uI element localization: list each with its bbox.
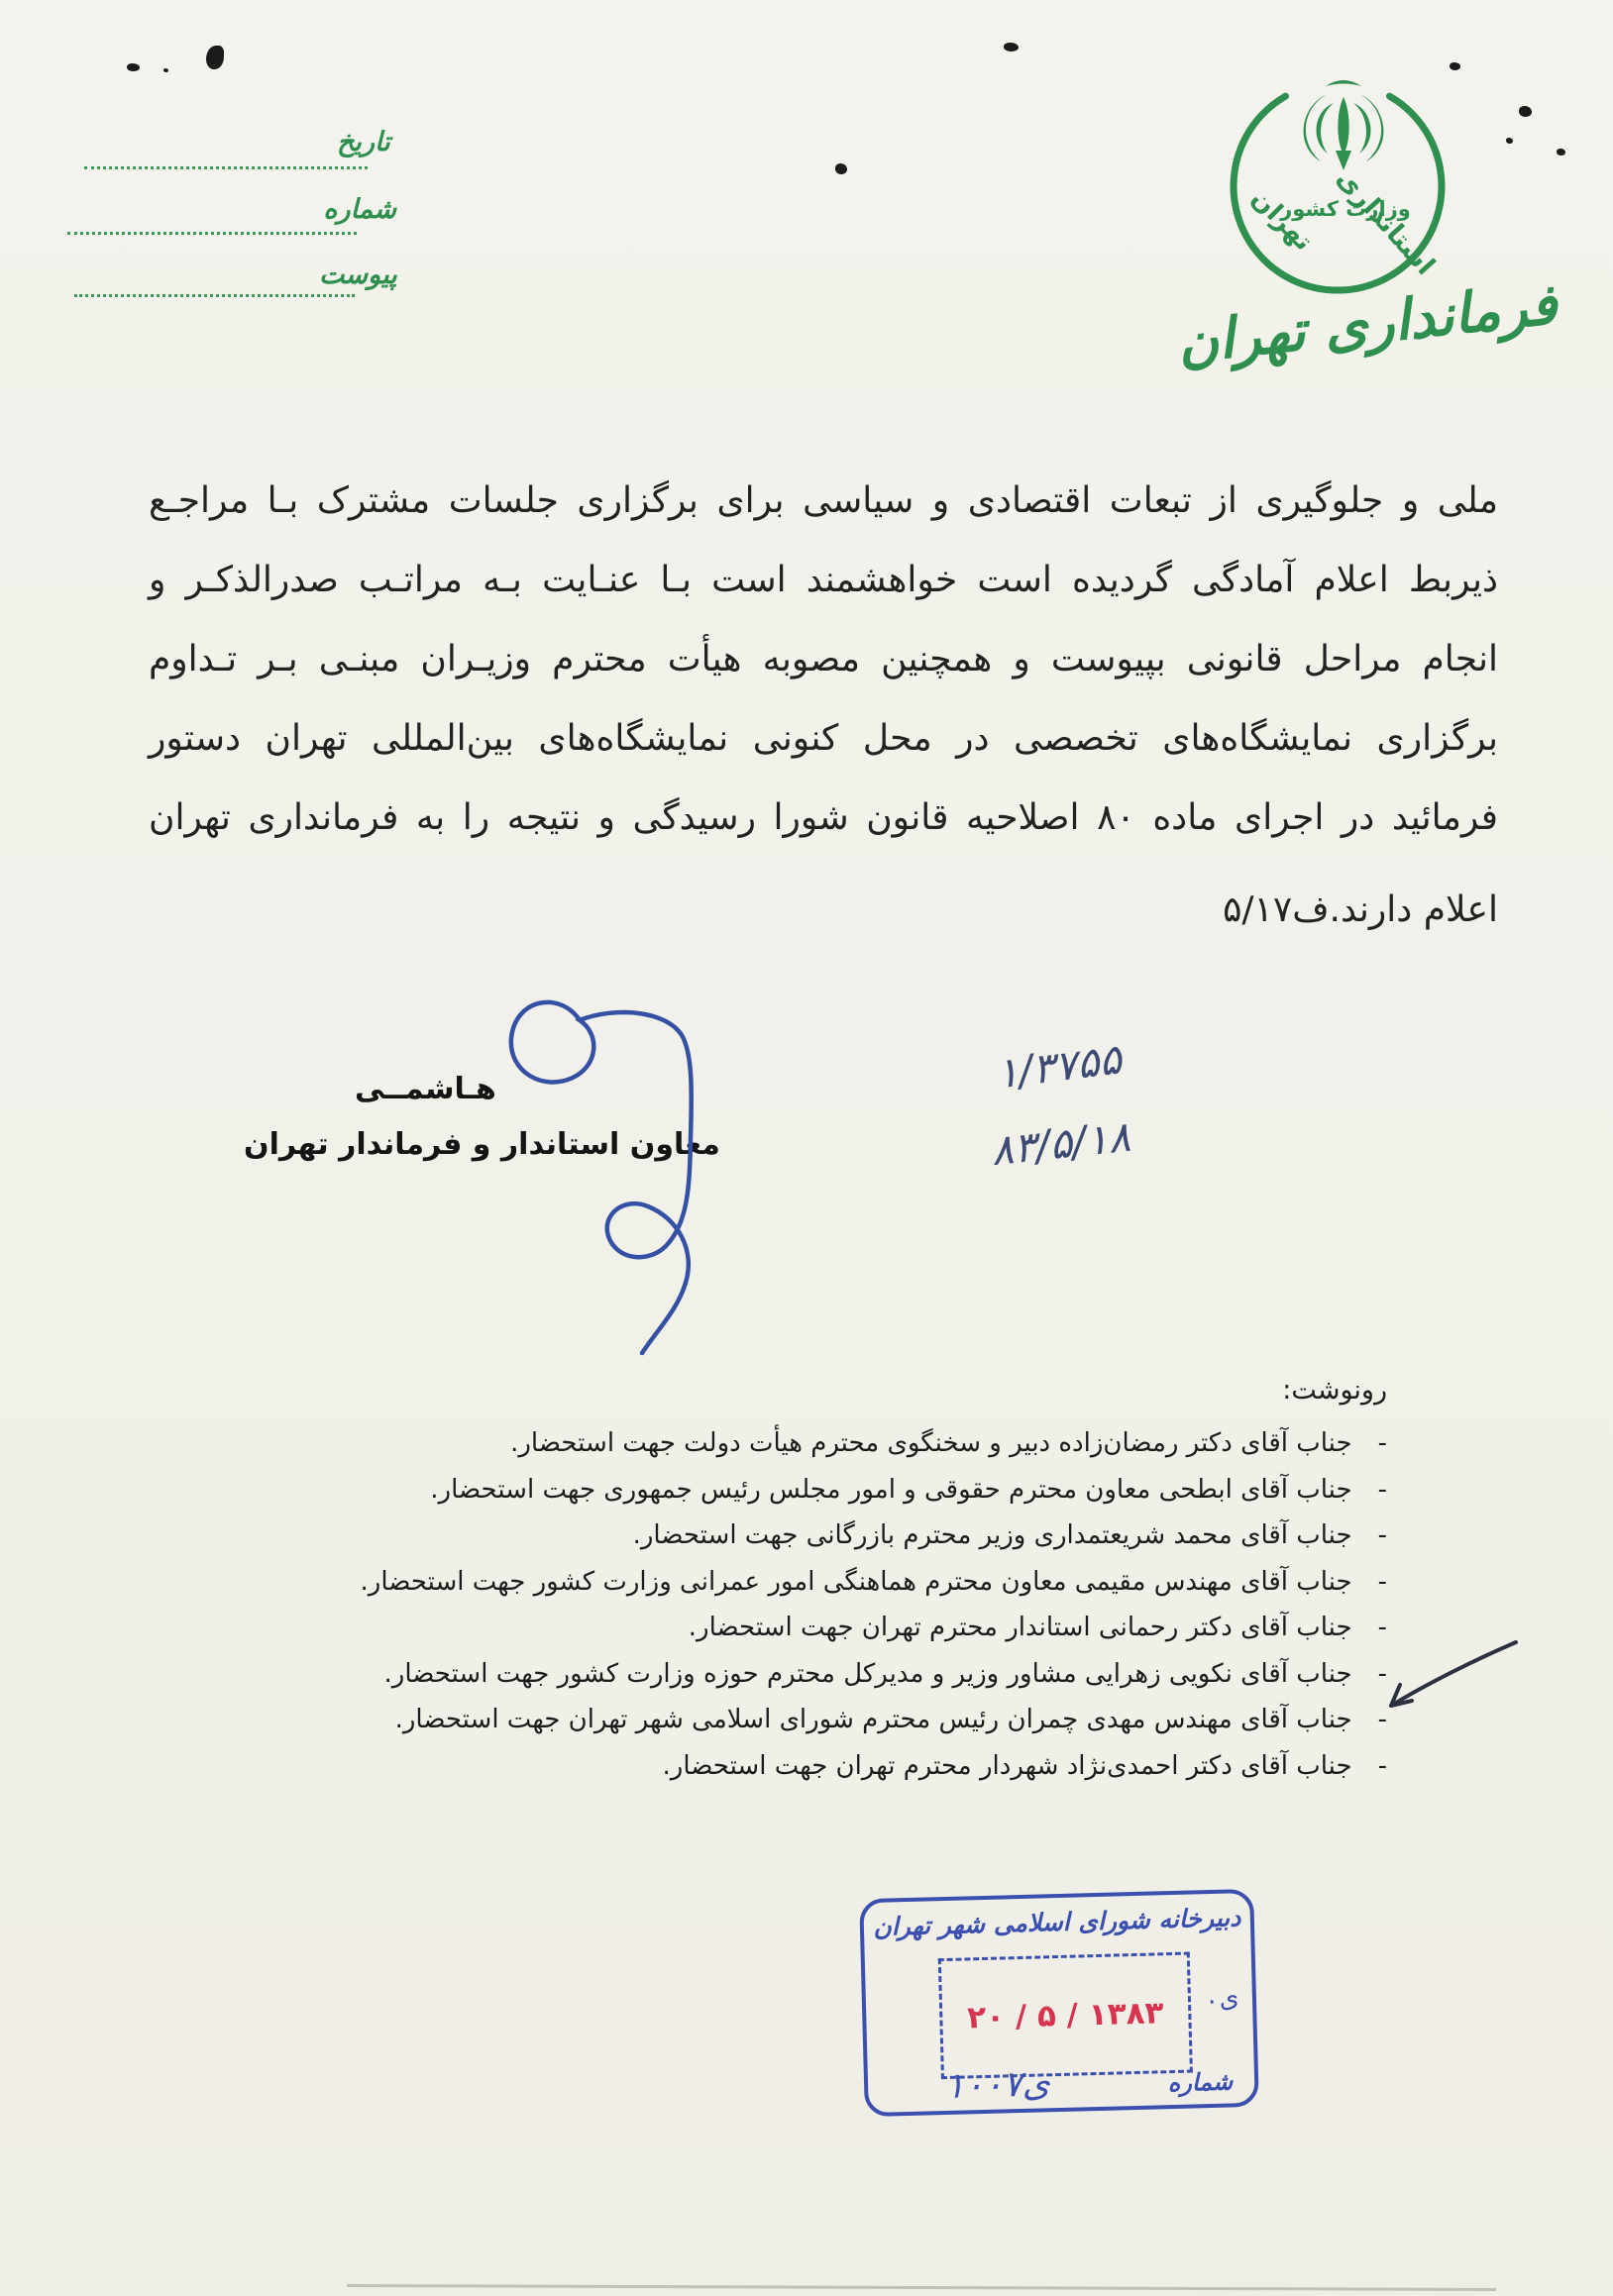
scan-edge-artifact [347, 2284, 1496, 2291]
stamp-number-label: شماره [1167, 2067, 1233, 2097]
stamp-side-mark: ى٠ [1202, 1982, 1240, 2017]
copy-item: -جناب آقای مهندس مهدی چمران رئیس محترم ش… [218, 1697, 1387, 1743]
stamp-date-box: ۱۳۸۳ / ۵ / ۲۰ [938, 1952, 1193, 2080]
copy-item: -جناب آقای دکتر احمدی‌نژاد شهردار محترم … [218, 1743, 1387, 1790]
copies-header: رونوشت: [1282, 1375, 1387, 1406]
secretariat-stamp: دبیرخانه شورای اسلامی شهر تهران ۱۳۸۳ / ۵… [859, 1889, 1259, 2117]
copy-item-text: جناب آقای نکویی زهرایی مشاور وزیر و مدیر… [384, 1659, 1352, 1689]
iran-emblem-icon [1304, 80, 1384, 170]
stamp-number-value: ى۱۰۰۷ [945, 2063, 1051, 2107]
copy-item-text: جناب آقای مهندس مقیمی معاون محترم هماهنگ… [361, 1567, 1352, 1597]
stamp-date: ۱۳۸۳ / ۵ / ۲۰ [967, 1995, 1164, 2035]
body-line: برگزاری نمایشگاه‌های تخصصی در محل کنونی … [149, 713, 1498, 765]
bullet-dash: - [1378, 1743, 1387, 1790]
handwritten-arrow [1367, 1615, 1546, 1733]
bullet-dash: - [1378, 1513, 1387, 1559]
seal-province-text: استانداری [1331, 163, 1442, 281]
copy-item-text: جناب آقای محمد شریعتمداری وزیر محترم باز… [633, 1520, 1352, 1550]
body-line: انجام مراحل قانونی بپیوست و همچنین مصوبه… [149, 634, 1498, 685]
handwritten-signature [456, 981, 753, 1377]
scanned-letter-page: تاریخ شماره پیوست وزارت کشور تهران استان… [0, 0, 1613, 2296]
ink-speck [1519, 106, 1532, 117]
copy-item: -جناب آقای محمد شریعتمداری وزیر محترم با… [218, 1513, 1387, 1559]
ink-speck [163, 68, 168, 72]
stamp-title: دبیرخانه شورای اسلامی شهر تهران [864, 1903, 1251, 1941]
handwritten-date: ۸۳/۵/۱۸ [989, 1112, 1132, 1175]
copy-item-text: جناب آقای مهندس مهدی چمران رئیس محترم شو… [395, 1705, 1352, 1734]
copy-item: -جناب آقای مهندس مقیمی معاون محترم هماهن… [218, 1559, 1387, 1606]
copy-item: -جناب آقای ابطحی معاون محترم حقوقی و امو… [218, 1467, 1387, 1513]
handwritten-number: ۱/۳۷۵۵ [993, 1034, 1124, 1097]
ink-speck [1004, 43, 1019, 52]
copy-item: -جناب آقای دکتر رحمانی استاندار محترم ته… [218, 1605, 1387, 1651]
body-line: ذیربط اعلام آمادگی گردیده است خواهشمند ا… [149, 555, 1498, 606]
ink-speck [1557, 149, 1565, 156]
letterhead-attachment-line [74, 294, 355, 297]
copies-list: -جناب آقای دکتر رمضان‌زاده دبیر و سخنگوی… [218, 1420, 1387, 1789]
bullet-dash: - [1378, 1559, 1387, 1606]
copy-item-text: جناب آقای ابطحی معاون محترم حقوقی و امور… [430, 1475, 1351, 1505]
copy-item-text: جناب آقای دکتر رمضان‌زاده دبیر و سخنگوی … [510, 1428, 1352, 1458]
body-line: ملی و جلوگیری از تبعات اقتصادی و سیاسی ب… [149, 475, 1498, 527]
copy-item: -جناب آقای دکتر رمضان‌زاده دبیر و سخنگوی… [218, 1420, 1387, 1467]
letterhead-attachment-label: پیوست [319, 260, 398, 290]
copy-item: -جناب آقای نکویی زهرایی مشاور وزیر و مدی… [218, 1651, 1387, 1698]
letterhead-date-label: تاریخ [337, 127, 402, 157]
body-line: اعلام دارند.ف۵/۱۷ [149, 885, 1498, 936]
letterhead-number-line [67, 232, 357, 235]
ink-speck [1506, 138, 1513, 144]
copy-item-text: جناب آقای دکتر احمدی‌نژاد شهردار محترم ت… [663, 1751, 1352, 1781]
copy-item-text: جناب آقای دکتر رحمانی استاندار محترم تهر… [689, 1613, 1352, 1642]
body-line: فرمائید در اجرای ماده ۸۰ اصلاحیه قانون ش… [149, 792, 1498, 844]
ink-speck [206, 46, 224, 69]
ink-speck [127, 63, 140, 71]
letterhead-number-label: شماره [327, 194, 396, 225]
government-seal: وزارت کشور تهران استانداری [1189, 59, 1486, 307]
ink-speck [835, 163, 847, 174]
bullet-dash: - [1378, 1420, 1387, 1467]
letterhead-date-line [84, 166, 368, 169]
bullet-dash: - [1378, 1467, 1387, 1513]
